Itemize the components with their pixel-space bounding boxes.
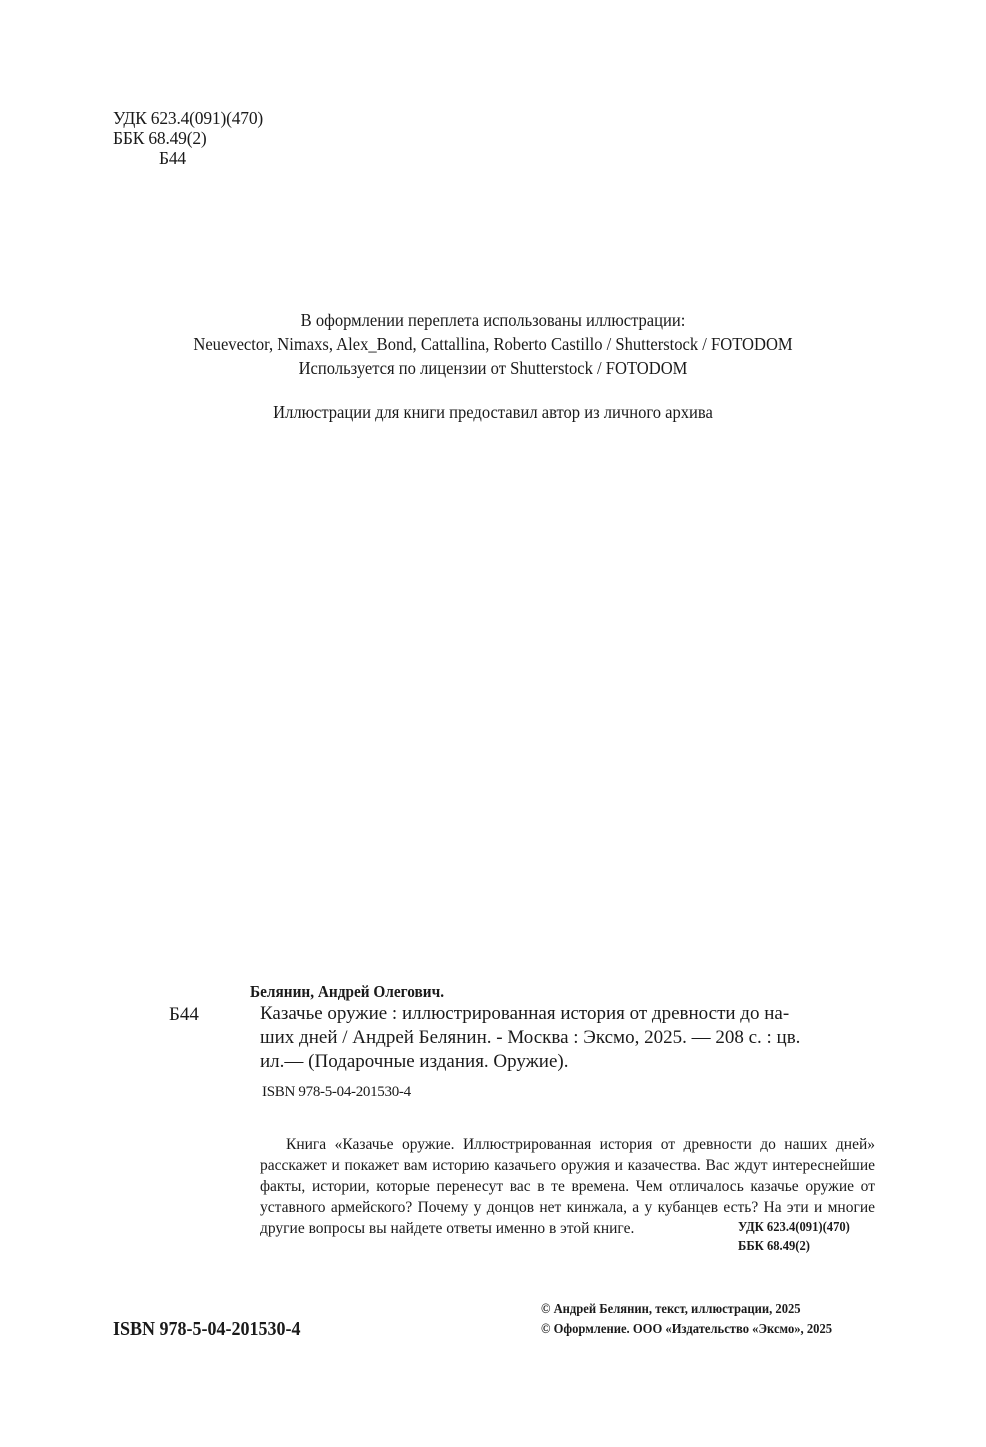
catalog-author: Белянин, Андрей Олегович. [250, 982, 444, 1002]
biblio-line: ил.— (Подарочные издания. Оружие). [260, 1050, 875, 1074]
udk-code: УДК 623.4(091)(470) [113, 108, 263, 128]
udk-code: УДК 623.4(091)(470) [738, 1218, 850, 1237]
credits-line: Иллюстрации для книги предоставил автор … [39, 400, 946, 424]
copyright-notice: © Андрей Белянин, текст, иллюстрации, 20… [541, 1300, 832, 1340]
classification-codes-header: УДК 623.4(091)(470) ББК 68.49(2) Б44 [113, 108, 263, 168]
credits-line: Используется по лицензии от Shutterstock… [39, 356, 946, 380]
copyright-line: © Оформление. ООО «Издательство «Эксмо»,… [541, 1320, 832, 1340]
bibliographic-description: Казачье оружие : иллюстрированная истори… [260, 1002, 875, 1074]
credits-line: Neuevector, Nimaxs, Alex_Bond, Cattallin… [39, 332, 946, 356]
illustration-credits: В оформлении переплета использованы иллю… [39, 308, 946, 424]
catalog-isbn: ISBN 978-5-04-201530-4 [262, 1084, 411, 1101]
catalog-classification-codes: УДК 623.4(091)(470) ББК 68.49(2) [738, 1218, 850, 1256]
copyright-line: © Андрей Белянин, текст, иллюстрации, 20… [541, 1300, 832, 1320]
footer-isbn: ISBN 978-5-04-201530-4 [113, 1318, 301, 1341]
bbk-code: ББК 68.49(2) [738, 1237, 850, 1256]
credits-line: В оформлении переплета использованы иллю… [39, 308, 946, 332]
catalog-author-mark: Б44 [169, 1004, 199, 1026]
bbk-code: ББК 68.49(2) [113, 128, 263, 148]
author-mark: Б44 [113, 148, 263, 168]
biblio-line: ших дней / Андрей Белянин. - Москва : Эк… [260, 1026, 875, 1050]
biblio-line: Казачье оружие : иллюстрированная истори… [260, 1002, 875, 1026]
